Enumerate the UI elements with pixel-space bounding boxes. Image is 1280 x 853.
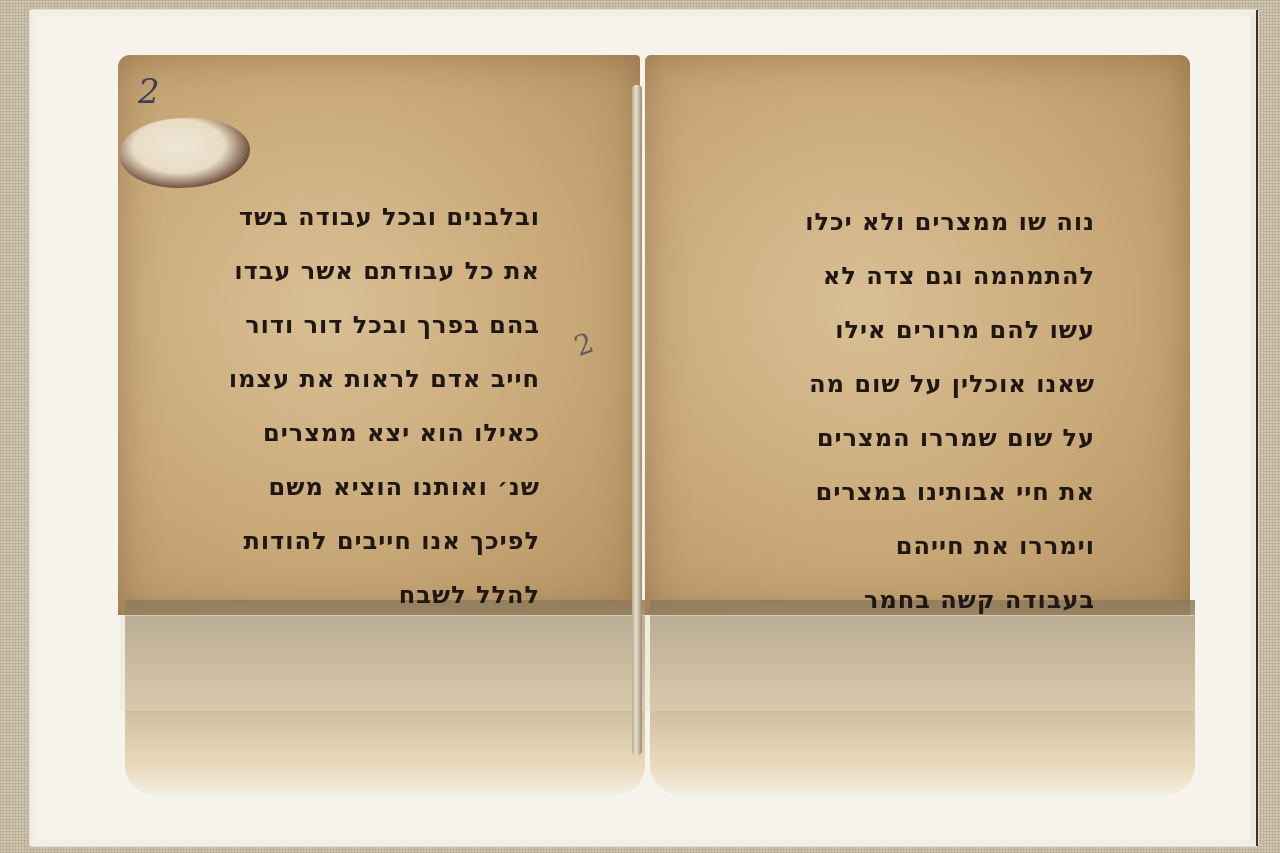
text-line: שאנו אוכלין על שום מה [700, 357, 1095, 411]
text-line: לפיכך אנו חייבים להודות [120, 514, 540, 568]
binding-thread [632, 85, 642, 755]
text-line: להלל לשבח [120, 568, 540, 622]
text-line: להתמהמה וגם צדה לא [700, 249, 1095, 303]
text-line: בעבודה קשה בחמר [700, 573, 1095, 627]
mount-edge [1250, 10, 1258, 846]
text-line: נוה שו ממצרים ולא יכלו [700, 195, 1095, 249]
text-line: בהם בפרך ובכל דור ודור [120, 298, 540, 352]
text-line: את כל עבודתם אשר עבדו [120, 244, 540, 298]
text-line: חייב אדם לראות את עצמו [120, 352, 540, 406]
text-line: ובלבנים ובכל עבודה בשד [120, 190, 540, 244]
text-line: כאילו הוא יצא ממצרים [120, 406, 540, 460]
left-page-text: ובלבנים ובכל עבודה בשד את כל עבודתם אשר … [120, 190, 540, 622]
folio-number: 2 [138, 72, 160, 112]
repair-tissue [120, 615, 1195, 711]
right-page-text: נוה שו ממצרים ולא יכלו להתמהמה וגם צדה ל… [700, 195, 1095, 627]
text-line: עשו להם מרורים אילו [700, 303, 1095, 357]
text-line: וימררו את חייהם [700, 519, 1095, 573]
text-line: שנ׳ ואותנו הוציא משם [120, 460, 540, 514]
text-line: את חיי אבותינו במצרים [700, 465, 1095, 519]
text-line: על שום שמררו המצרים [700, 411, 1095, 465]
